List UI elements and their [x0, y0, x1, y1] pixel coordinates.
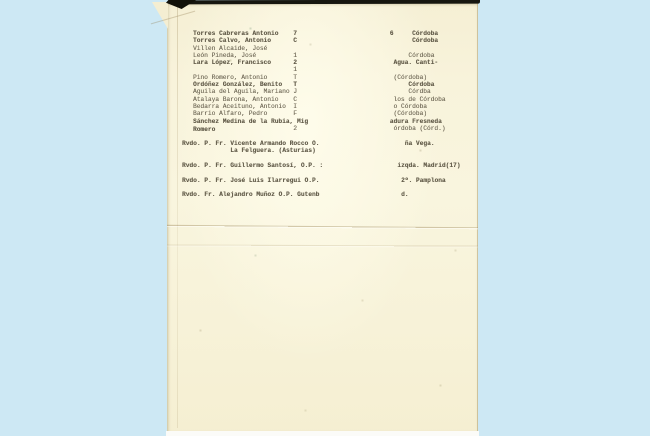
- section-heading: Romero: [193, 126, 215, 133]
- typed-line: Torres Cabreras Antonio 7 6 Córdoba: [193, 30, 446, 37]
- typed-line: Rvdo. Fr. Alejandro Muñoz O.P. Gutenb d.: [182, 191, 460, 198]
- typed-line: Rvdo. P. Fr. Guillermo Santosí, O.P. : i…: [182, 162, 460, 169]
- typed-line: Lara López, Francisco 2 Agua. Canti-: [193, 59, 446, 66]
- corner-fold: [152, 2, 168, 29]
- clergy-list-block: Rvdo. P. Fr. Vicente Armando Rocco O. ña…: [182, 140, 460, 199]
- typed-line: 1: [193, 66, 446, 73]
- typed-line: [182, 169, 460, 176]
- typed-line: [182, 184, 460, 191]
- paper-specks: [0, 0, 1, 1]
- typed-line: Ordóñez González, Benito T Córdoba: [193, 81, 446, 88]
- typed-line: 2 órdoba (Córd.): [193, 125, 446, 132]
- scan-background: { "page": { "background_color": "#cde8f4…: [0, 0, 650, 436]
- typed-line: Barrio Alfaro, Pedro F (Córdoba): [193, 110, 446, 117]
- typed-line: Sánchez Medina de la Rubia, Mig adura Fr…: [193, 118, 446, 125]
- typed-line: La Felguera. (Asturias): [182, 147, 460, 154]
- typed-line: León Pineda, José 1 Córdoba: [193, 52, 446, 59]
- scanner-bottom-edge: [166, 431, 479, 436]
- name-list-block: Torres Cabreras Antonio 7 6 CórdobaTorre…: [193, 30, 446, 132]
- typed-line: Villen Alcaide, José: [193, 45, 446, 52]
- typed-line: Rvdo. P. Fr. Vicente Armando Rocco O. ña…: [182, 140, 460, 147]
- typed-line: Atalaya Barona, Antonio C los de Córdoba: [193, 96, 446, 103]
- vertical-crease: [177, 4, 178, 428]
- typed-line: Aguila del Aguila, Mariano J Córdba: [193, 88, 446, 95]
- typed-line: Rvdo. P. Fr. José Luis Ilarregui O.P. 2º…: [182, 177, 460, 184]
- typed-line: Bedarra Aceituno, Antonio I o Córdoba: [193, 103, 446, 110]
- typed-line: Torres Calvo, Antonio C Córdoba: [193, 37, 446, 44]
- typed-line: [182, 155, 460, 162]
- typed-line: Pino Romero, Antonio T (Córdoba): [193, 74, 446, 81]
